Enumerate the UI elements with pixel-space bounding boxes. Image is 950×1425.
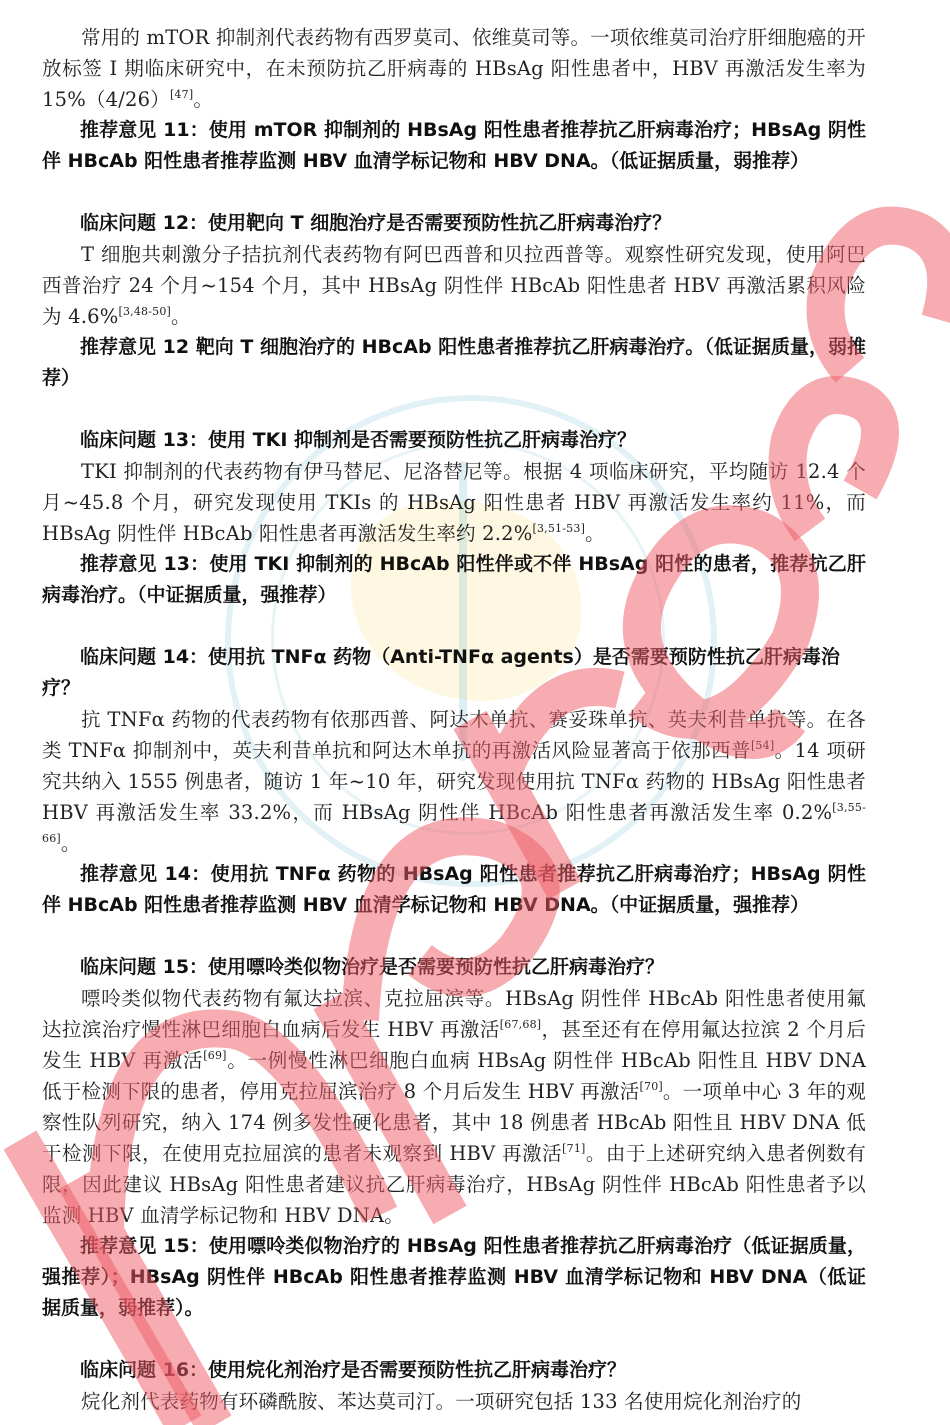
paragraph-mtor: 常用的 mTOR 抑制剂代表药物有西罗莫司、依维莫司等。一项依维莫司治疗肝细胞癌… bbox=[42, 22, 866, 115]
clinical-question-13: 临床问题 13：使用 TKI 抑制剂是否需要预防性抗乙肝病毒治疗？ bbox=[42, 425, 866, 456]
paragraph-purine: 嘌呤类似物代表药物有氟达拉滨、克拉屈滨等。HBsAg 阴性伴 HBcAb 阳性患… bbox=[42, 983, 866, 1231]
citation[interactable]: [67,68] bbox=[500, 1018, 541, 1031]
clinical-question-12: 临床问题 12：使用靶向 T 细胞治疗是否需要预防性抗乙肝病毒治疗？ bbox=[42, 208, 866, 239]
citation[interactable]: [70] bbox=[640, 1080, 663, 1093]
citation[interactable]: [3,51-53] bbox=[532, 522, 585, 535]
document-page: 常用的 mTOR 抑制剂代表药物有西罗莫司、依维莫司等。一项依维莫司治疗肝细胞癌… bbox=[42, 22, 866, 1417]
recommendation-14: 推荐意见 14：使用抗 TNFα 药物的 HBsAg 阳性患者推荐抗乙肝病毒治疗… bbox=[42, 859, 866, 921]
recommendation-12: 推荐意见 12 靶向 T 细胞治疗的 HBcAb 阳性患者推荐抗乙肝病毒治疗。（… bbox=[42, 332, 866, 394]
citation[interactable]: [69] bbox=[203, 1049, 226, 1062]
recommendation-11: 推荐意见 11：使用 mTOR 抑制剂的 HBsAg 阳性患者推荐抗乙肝病毒治疗… bbox=[42, 115, 866, 177]
paragraph-alkylating: 烷化剂代表药物有环磷酰胺、苯达莫司汀。一项研究包括 133 名使用烷化剂治疗的 bbox=[42, 1386, 866, 1417]
citation[interactable]: [47] bbox=[170, 88, 193, 101]
citation[interactable]: [71] bbox=[562, 1142, 585, 1155]
citation[interactable]: [3,48-50] bbox=[118, 305, 171, 318]
clinical-question-14: 临床问题 14：使用抗 TNFα 药物（Anti-TNFα agents）是否需… bbox=[42, 642, 866, 704]
paragraph-t-cell: T 细胞共刺激分子拮抗剂代表药物有阿巴西普和贝拉西普等。观察性研究发现，使用阿巴… bbox=[42, 239, 866, 332]
paragraph-tnf: 抗 TNFα 药物的代表药物有依那西普、阿达木单抗、赛妥珠单抗、英夫利昔单抗等。… bbox=[42, 704, 866, 859]
clinical-question-15: 临床问题 15：使用嘌呤类似物治疗是否需要预防性抗乙肝病毒治疗？ bbox=[42, 952, 866, 983]
recommendation-15: 推荐意见 15：使用嘌呤类似物治疗的 HBsAg 阳性患者推荐抗乙肝病毒治疗（低… bbox=[42, 1231, 866, 1324]
clinical-question-16: 临床问题 16：使用烷化剂治疗是否需要预防性抗乙肝病毒治疗？ bbox=[42, 1355, 866, 1386]
paragraph-tki: TKI 抑制剂的代表药物有伊马替尼、尼洛替尼等。根据 4 项临床研究，平均随访 … bbox=[42, 456, 866, 549]
citation[interactable]: [54] bbox=[751, 739, 774, 752]
recommendation-13: 推荐意见 13：使用 TKI 抑制剂的 HBcAb 阳性伴或不伴 HBsAg 阳… bbox=[42, 549, 866, 611]
